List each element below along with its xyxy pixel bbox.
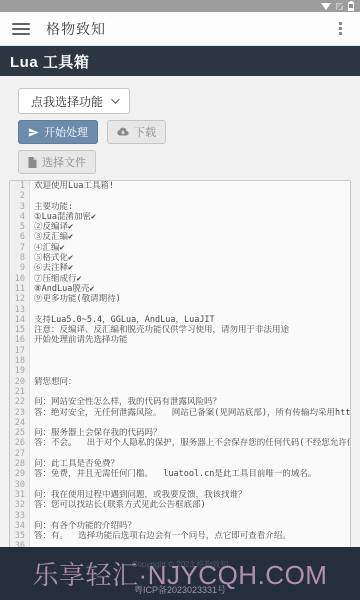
send-icon (28, 127, 39, 138)
editor-line-number: 25 (10, 428, 30, 438)
editor-line: 12⑨更多功能(敬请期待) (10, 294, 350, 304)
editor-line: 27 (10, 449, 350, 459)
choose-file-label: 选择文件 (42, 154, 86, 170)
kebab-menu-icon[interactable] (333, 18, 348, 39)
editor-line-number: 29 (10, 469, 30, 479)
editor-line-number: 12 (10, 294, 30, 304)
editor-line-number: 15 (10, 325, 30, 335)
editor-line: 1欢迎使用Lua工具箱! (10, 181, 350, 191)
editor-line: 31问：我在使用过程中遇到问题，或我要反馈，我该找谁？ (10, 490, 350, 500)
editor-line-text: ⑤格式化✔ (30, 253, 350, 263)
editor-line-number: 10 (10, 274, 30, 284)
editor-line: 25问：服务器上会保存我的代码吗？ (10, 428, 350, 438)
page-header: Lua 工具箱 (0, 46, 360, 76)
editor-lines: 1欢迎使用Lua工具箱!23主要功能:4①Lua混淆加密✔5②反编译✔6③反汇编… (10, 181, 350, 550)
editor-line-number: 24 (10, 418, 30, 428)
editor-line: 32答：您可以找站长(联系方式见此公告框底部) (10, 500, 350, 510)
editor-line-text: 问：服务器上会保存我的代码吗？ (30, 428, 350, 438)
editor-line: 29答：免费，并且无需任何门槛。 luatool.cn是此工具目前唯一的域名。 (10, 469, 350, 479)
editor-line-text (30, 356, 350, 366)
app-title: 格物致知 (46, 19, 106, 39)
editor-line-number: 19 (10, 366, 30, 376)
editor-line-number: 30 (10, 480, 30, 490)
no-signal-icon (336, 3, 343, 10)
editor-line: 11⑧AndLua脱壳✔ (10, 284, 350, 294)
editor-line: 4①Lua混淆加密✔ (10, 212, 350, 222)
editor-line: 28问：此工具是否免费？ (10, 459, 350, 469)
page-title: Lua 工具箱 (10, 51, 89, 72)
editor-line: 22问：网站安全性怎么样，我的代码有泄露风险吗？ (10, 397, 350, 407)
hamburger-icon[interactable] (12, 23, 30, 35)
editor-line-number: 34 (10, 521, 30, 531)
editor-line-text: ⑧AndLua脱壳✔ (30, 284, 350, 294)
editor-line-text: 答：您可以找站长(联系方式见此公告框底部) (30, 500, 350, 510)
editor-line-text: 欢迎使用Lua工具箱! (30, 181, 350, 191)
editor-line-text: ②反编译✔ (30, 222, 350, 232)
editor-line-number: 14 (10, 315, 30, 325)
editor-line-text (30, 191, 350, 201)
editor-line-number: 5 (10, 222, 30, 232)
editor-line-text: ⑥去注释✔ (30, 263, 350, 273)
editor-line: 16开始处理前请先选择功能 (10, 335, 350, 345)
editor-line-text: 问：有各个功能的介绍吗？ (30, 521, 350, 531)
editor-line: 13 (10, 305, 350, 315)
editor-line-text: ①Lua混淆加密✔ (30, 212, 350, 222)
editor-line-number: 2 (10, 191, 30, 201)
editor-line-number: 1 (10, 181, 30, 191)
editor-line-text: 答：有。 选择功能后选项右边会有一个问号，点它即可查看介绍。 (30, 531, 350, 541)
editor-line-text (30, 480, 350, 490)
editor-line-number: 21 (10, 387, 30, 397)
editor-line: 21 (10, 387, 350, 397)
editor-line: 35答：有。 选择功能后选项右边会有一个问号，点它即可查看介绍。 (10, 531, 350, 541)
editor-line: 10⑦压缩成行✔ (10, 274, 350, 284)
editor-line-text: 猜您想问： (30, 377, 350, 387)
editor-line-text: 答：不会。 出于对个人隐私的保护，服务器上不会保存您的任何代码(不经您允许保 (30, 438, 350, 448)
editor-line-text: 开始处理前请先选择功能 (30, 335, 350, 345)
editor-line-text (30, 346, 350, 356)
action-button-row: 开始处理 下载 (18, 120, 351, 144)
download-button[interactable]: 下载 (107, 120, 166, 144)
editor-line-number: 18 (10, 356, 30, 366)
choose-file-button[interactable]: 选择文件 (18, 150, 96, 174)
editor-line-number: 20 (10, 377, 30, 387)
editor-line: 20猜您想问： (10, 377, 350, 387)
editor-line: 19 (10, 366, 350, 376)
editor-line: 6③反汇编✔ (10, 232, 350, 242)
file-icon (28, 157, 37, 168)
chevron-down-icon (111, 95, 119, 103)
editor-line-text: 注意：反编译、反汇编和脱壳功能仅供学习使用，请勿用于非法用途 (30, 325, 350, 335)
editor-line-number: 16 (10, 335, 30, 345)
editor-line-number: 4 (10, 212, 30, 222)
editor-line-number: 7 (10, 243, 30, 253)
editor-line-number: 3 (10, 202, 30, 212)
function-select-dropdown[interactable]: 点我选择功能 (18, 88, 130, 114)
editor-line: 14支持Lua5.0~5.4，GGLua，AndLua，LuaJIT (10, 315, 350, 325)
editor-line-number: 22 (10, 397, 30, 407)
editor-line-text (30, 418, 350, 428)
editor-line-text: 问：此工具是否免费？ (30, 459, 350, 469)
editor-line-number: 27 (10, 449, 30, 459)
editor-line: 5②反编译✔ (10, 222, 350, 232)
editor-line-number: 17 (10, 346, 30, 356)
editor-line: 23答：绝对安全，无任何泄露风险。 网站已备案(见网站底部)，所有传输均采用ht… (10, 408, 350, 418)
editor-line-text: ⑦压缩成行✔ (30, 274, 350, 284)
editor-line-text (30, 366, 350, 376)
editor-line-number: 33 (10, 511, 30, 521)
editor-line-text: ⑨更多功能(敬请期待) (30, 294, 350, 304)
editor-line-text: ④汇编✔ (30, 243, 350, 253)
code-editor[interactable]: 1欢迎使用Lua工具箱!23主要功能:4①Lua混淆加密✔5②反编译✔6③反汇编… (9, 180, 351, 551)
editor-line: 18 (10, 356, 350, 366)
function-select-label: 点我选择功能 (31, 93, 103, 110)
start-process-button[interactable]: 开始处理 (18, 120, 98, 144)
footer: Copyright © 2023 格物致知 粤ICP备2023023331号 乐… (0, 547, 360, 600)
icp-record-text: 粤ICP备2023023331号 (0, 583, 360, 596)
editor-line-text (30, 511, 350, 521)
wifi-icon (321, 3, 331, 10)
copyright-text: Copyright © 2023 格物致知 (0, 559, 360, 570)
editor-line-text: 主要功能: (30, 202, 350, 212)
editor-line-text: 答：免费，并且无需任何门槛。 luatool.cn是此工具目前唯一的域名。 (30, 469, 350, 479)
editor-line-text (30, 449, 350, 459)
editor-line-number: 6 (10, 232, 30, 242)
editor-line-number: 23 (10, 408, 30, 418)
editor-line-text: 答：绝对安全，无任何泄露风险。 网站已备案(见网站底部)，所有传输均采用http (30, 408, 350, 418)
editor-line-text: 问：网站安全性怎么样，我的代码有泄露风险吗？ (30, 397, 350, 407)
editor-line-number: 9 (10, 263, 30, 273)
app-bar: 格物致知 (0, 12, 360, 46)
editor-line: 2 (10, 191, 350, 201)
editor-line: 17 (10, 346, 350, 356)
editor-line-number: 35 (10, 531, 30, 541)
editor-line: 34问：有各个功能的介绍吗？ (10, 521, 350, 531)
status-bar (0, 0, 360, 12)
editor-line-text: ③反汇编✔ (30, 232, 350, 242)
editor-line: 7④汇编✔ (10, 243, 350, 253)
battery-icon (348, 2, 354, 11)
editor-line-number: 11 (10, 284, 30, 294)
editor-line-text (30, 387, 350, 397)
editor-line: 8⑤格式化✔ (10, 253, 350, 263)
editor-line-number: 8 (10, 253, 30, 263)
editor-line-text: 问：我在使用过程中遇到问题，或我要反馈，我该找谁？ (30, 490, 350, 500)
start-process-label: 开始处理 (44, 124, 88, 140)
editor-line: 33 (10, 511, 350, 521)
editor-line-number: 13 (10, 305, 30, 315)
editor-line: 9⑥去注释✔ (10, 263, 350, 273)
file-row: 选择文件 (18, 150, 351, 174)
editor-line-number: 31 (10, 490, 30, 500)
editor-line-text: 支持Lua5.0~5.4，GGLua，AndLua，LuaJIT (30, 315, 350, 325)
editor-line: 3主要功能: (10, 202, 350, 212)
editor-line-number: 26 (10, 438, 30, 448)
editor-line: 26答：不会。 出于对个人隐私的保护，服务器上不会保存您的任何代码(不经您允许保 (10, 438, 350, 448)
editor-line: 24 (10, 418, 350, 428)
editor-line-text (30, 305, 350, 315)
editor-line-number: 32 (10, 500, 30, 510)
cloud-download-icon (117, 127, 129, 137)
editor-line: 15注意：反编译、反汇编和脱壳功能仅供学习使用，请勿用于非法用途 (10, 325, 350, 335)
main-content: 点我选择功能 开始处理 下载 选择文件 1欢迎使用Lua工具箱!23主要功能:4… (0, 76, 360, 551)
editor-line: 30 (10, 480, 350, 490)
download-label: 下载 (134, 124, 156, 140)
editor-line-number: 28 (10, 459, 30, 469)
